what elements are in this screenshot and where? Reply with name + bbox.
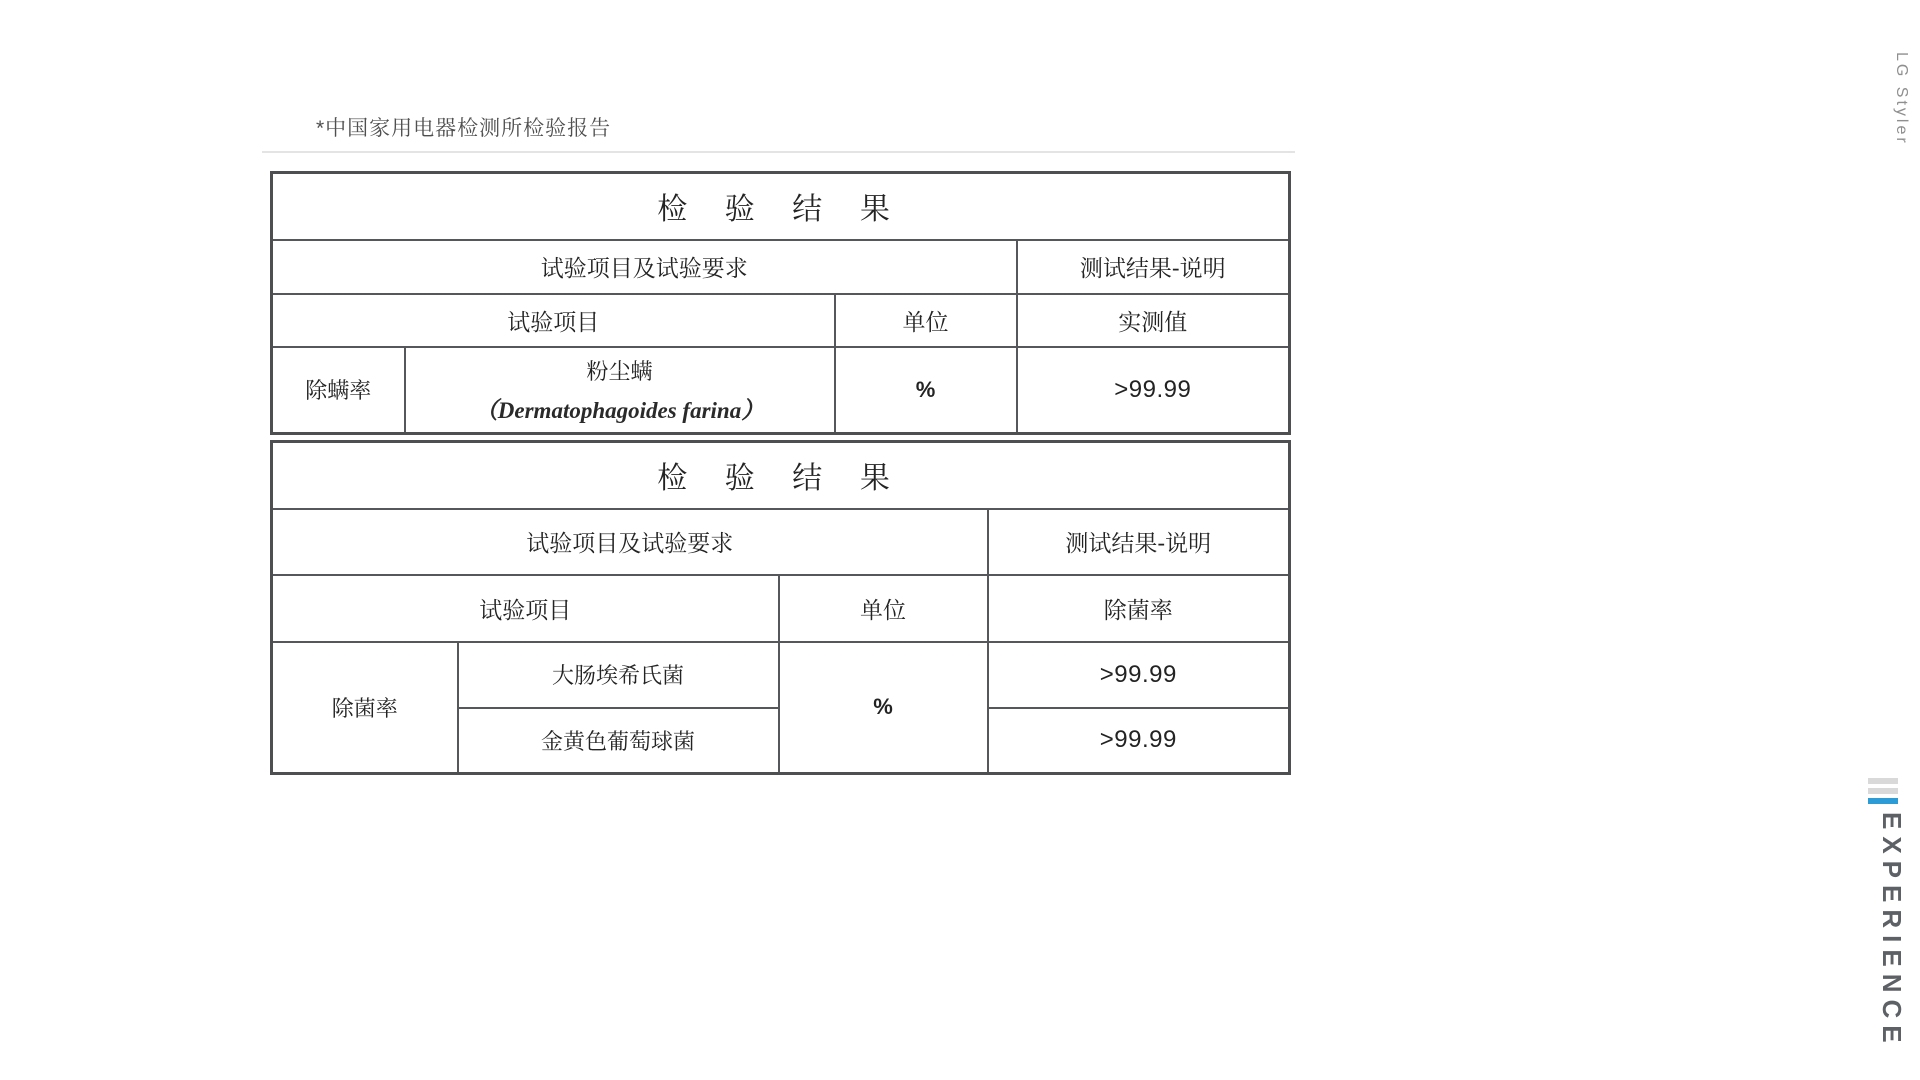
col-group-header: 试验项目及试验要求 bbox=[272, 240, 1017, 294]
value-cell: >99.99 bbox=[1017, 347, 1290, 434]
divider-line bbox=[262, 151, 1295, 153]
slide-indicator-bar[interactable] bbox=[1868, 788, 1898, 794]
slide-indicator-bar[interactable] bbox=[1868, 778, 1898, 784]
col-group-header: 试验项目及试验要求 bbox=[272, 509, 988, 575]
category-cell: 除螨率 bbox=[272, 347, 405, 434]
value-cell: >99.99 bbox=[988, 642, 1290, 708]
unit-cell: % bbox=[779, 642, 988, 774]
inspection-table-mite: 检 验 结 果 试验项目及试验要求 测试结果-说明 试验项目 单位 实测值 除螨… bbox=[270, 171, 1291, 435]
result-header: 测试结果-说明 bbox=[988, 509, 1290, 575]
section-label-experience[interactable]: EXPERIENCE bbox=[1876, 812, 1907, 1050]
item-header: 试验项目 bbox=[272, 575, 779, 642]
value-header: 实测值 bbox=[1017, 294, 1290, 347]
item-name-latin: （Dermatophagoides farina） bbox=[410, 392, 830, 425]
brand-label-vertical: LG Styler bbox=[1892, 52, 1910, 146]
inspection-table-sterilization: 检 验 结 果 试验项目及试验要求 测试结果-说明 试验项目 单位 除菌率 除菌… bbox=[270, 440, 1291, 775]
table-header-row: 试验项目及试验要求 测试结果-说明 bbox=[272, 240, 1290, 294]
value-header: 除菌率 bbox=[988, 575, 1290, 642]
table-title-row: 检 验 结 果 bbox=[272, 442, 1290, 509]
table-row: 除菌率 大肠埃希氏菌 % >99.99 bbox=[272, 642, 1290, 708]
item-name-cn: 粉尘螨 bbox=[410, 355, 830, 386]
table-title: 检 验 结 果 bbox=[272, 173, 1290, 240]
table-row: 除螨率 粉尘螨 （Dermatophagoides farina） % >99.… bbox=[272, 347, 1290, 434]
item-cell: 大肠埃希氏菌 bbox=[458, 642, 779, 708]
table-subheader-row: 试验项目 单位 除菌率 bbox=[272, 575, 1290, 642]
slide-indicator[interactable] bbox=[1868, 778, 1898, 804]
table-header-row: 试验项目及试验要求 测试结果-说明 bbox=[272, 509, 1290, 575]
report-source-note: *中国家用电器检测所检验报告 bbox=[316, 112, 611, 142]
table-title: 检 验 结 果 bbox=[272, 442, 1290, 509]
unit-header: 单位 bbox=[779, 575, 988, 642]
item-cell: 粉尘螨 （Dermatophagoides farina） bbox=[405, 347, 835, 434]
result-header: 测试结果-说明 bbox=[1017, 240, 1290, 294]
item-header: 试验项目 bbox=[272, 294, 835, 347]
slide-indicator-bar-active[interactable] bbox=[1868, 798, 1898, 804]
unit-header: 单位 bbox=[835, 294, 1017, 347]
product-page: *中国家用电器检测所检验报告 检 验 结 果 试验项目及试验要求 测试结果-说明… bbox=[0, 0, 1920, 1080]
table-title-row: 检 验 结 果 bbox=[272, 173, 1290, 240]
unit-cell: % bbox=[835, 347, 1017, 434]
value-cell: >99.99 bbox=[988, 708, 1290, 774]
table-subheader-row: 试验项目 单位 实测值 bbox=[272, 294, 1290, 347]
category-cell: 除菌率 bbox=[272, 642, 458, 774]
item-cell: 金黄色葡萄球菌 bbox=[458, 708, 779, 774]
